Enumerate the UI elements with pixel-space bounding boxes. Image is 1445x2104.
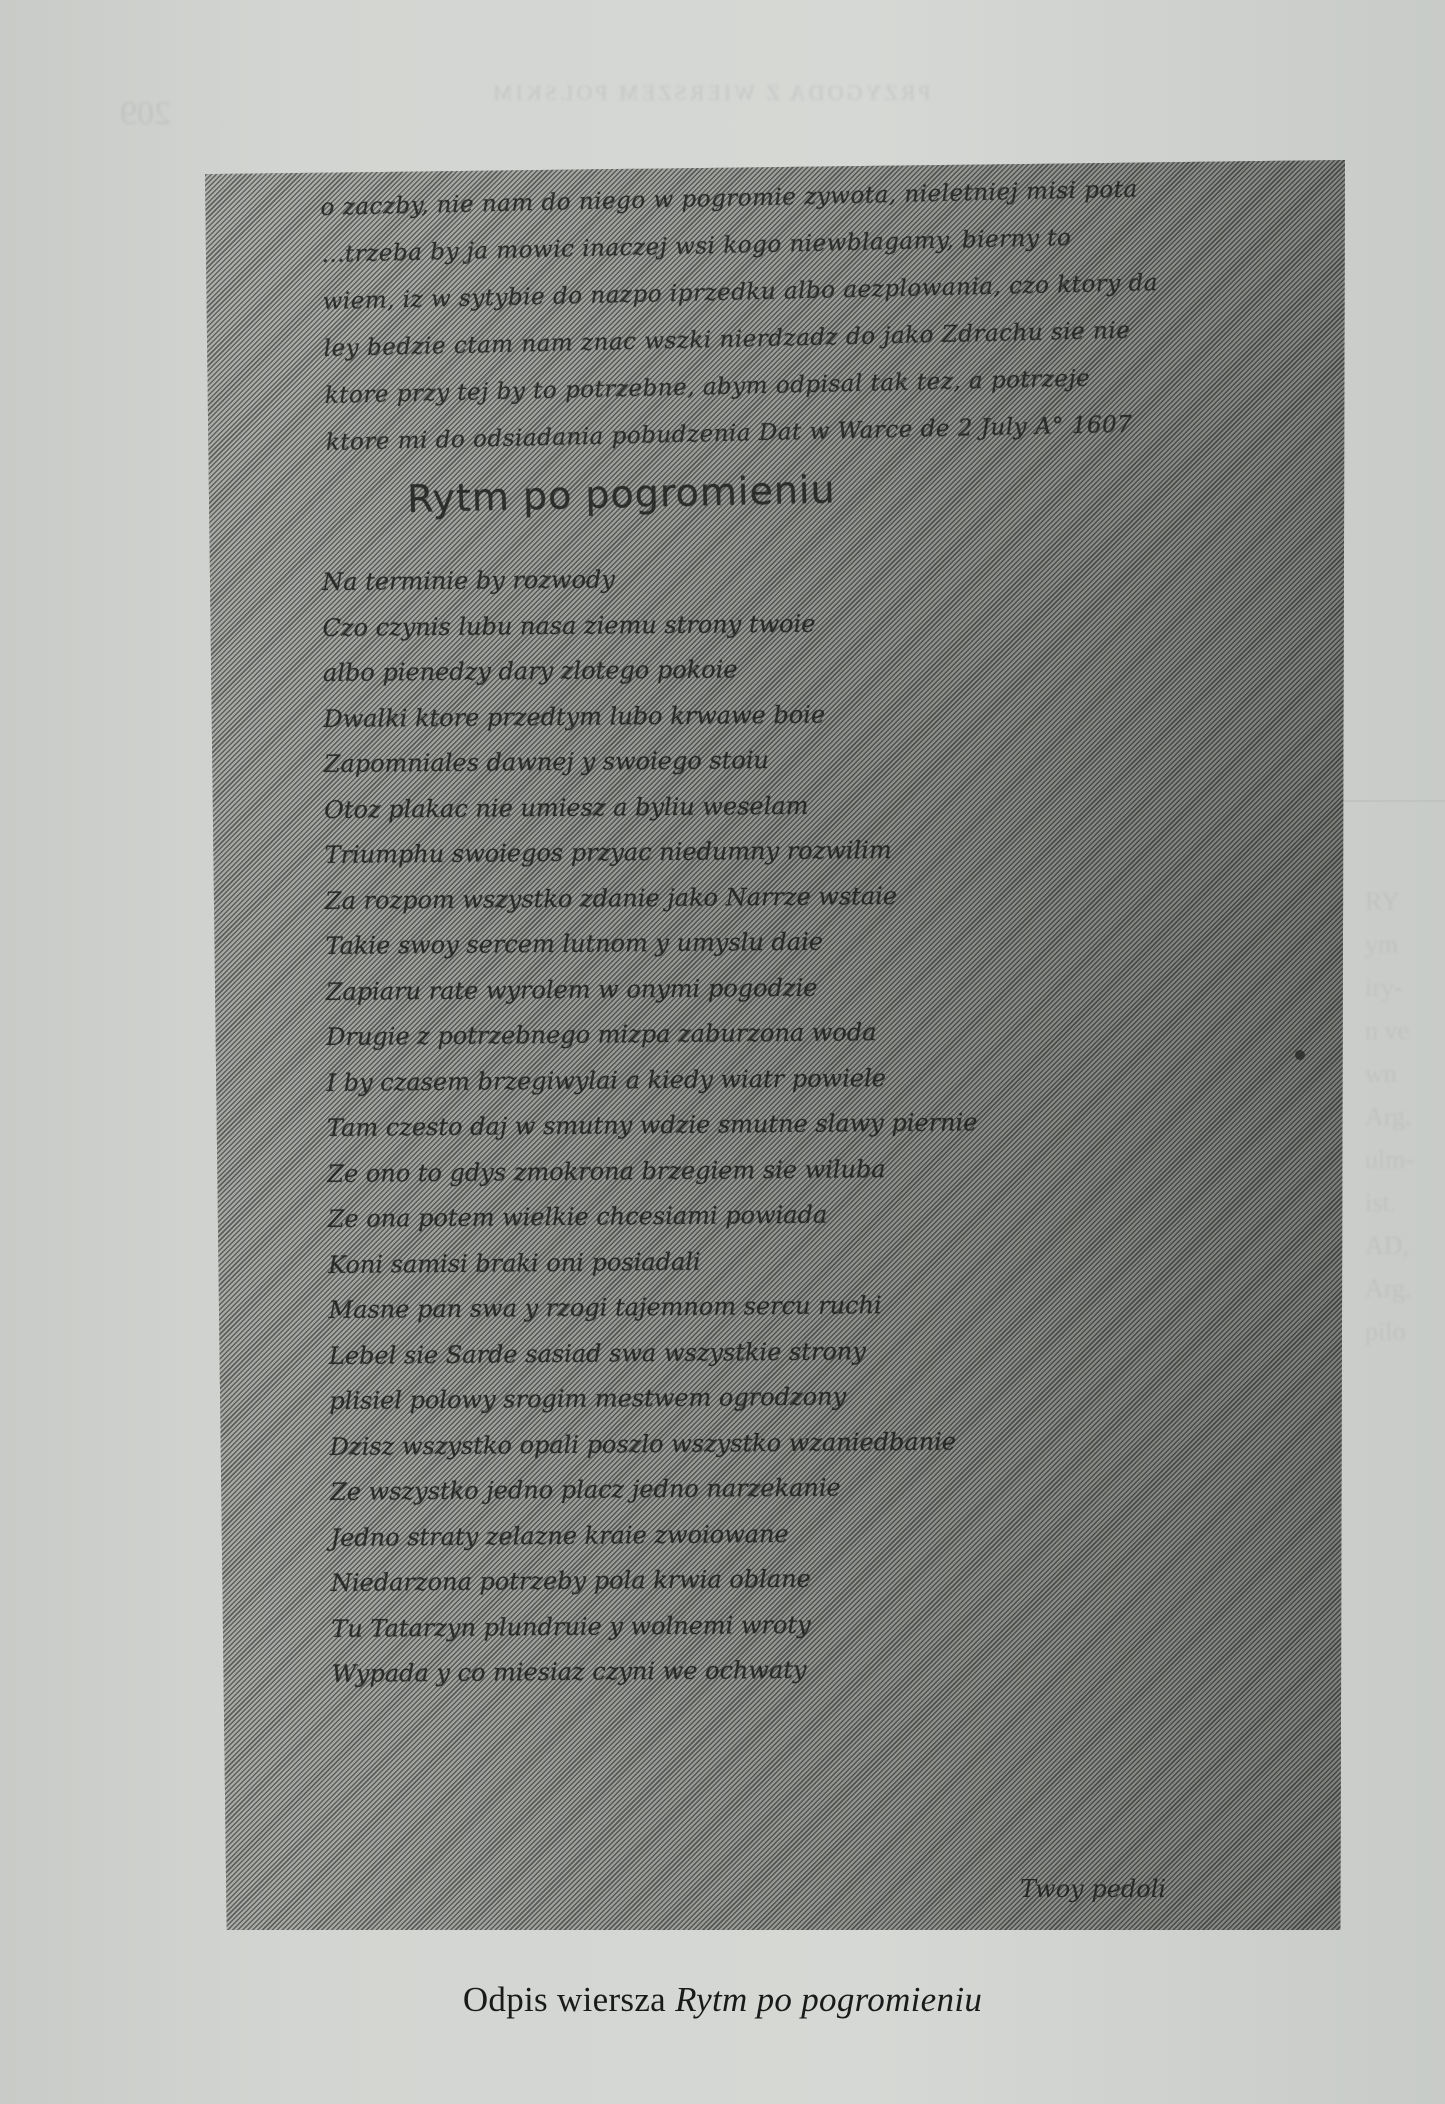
verse-line: Otoz plakac nie umiesz a byliu weselam — [324, 779, 1274, 833]
verse-line: Dzisz wszystko opali poszlo wszystko wza… — [330, 1416, 1280, 1470]
verse-line: Triumphu swoiegos przyac niedumny rozwil… — [324, 825, 1274, 879]
verse-line: Takie swoy sercem lutnom y umyslu daie — [325, 916, 1275, 970]
verse-line: Czo czynis lubu nasa ziemu strony twoie — [322, 597, 1272, 651]
verse-line: Tam czesto daj w smutny wdzie smutne sla… — [327, 1098, 1277, 1152]
verse-line: Na terminie by rozwody — [322, 552, 1272, 606]
caption-poem-title: Rytm po pogromieniu — [675, 1980, 982, 2019]
verse-line: Za rozpom wszystko zdanie jako Narrze ws… — [325, 870, 1275, 924]
verse-line: Niedarzona potrzeby pola krwia oblane — [331, 1553, 1281, 1607]
verse-line: Zapiaru rate wyrolem w onymi pogodzie — [326, 961, 1276, 1015]
letter-prose-block: o zaczby, nie nam do niego w pogromie zy… — [320, 162, 1338, 531]
verse-line: Ze ono to gdys zmokrona brzegiem sie wil… — [327, 1143, 1277, 1197]
bleed-through-running-header: PRZYGODA Z WIERSZEM POLSKIM — [490, 80, 931, 106]
caption-prefix: Odpis wiersza — [463, 1980, 666, 2019]
verse-line: Koni samisi braki oni posiadali — [328, 1234, 1278, 1288]
figure-caption: Odpis wiersza Rytm po pogromieniu — [0, 1980, 1445, 2020]
verse-line: Jedno straty zelazne kraie zwoiowane — [330, 1507, 1280, 1561]
poem-verses: Na terminie by rozwody Czo czynis lubu n… — [322, 552, 1282, 1698]
verse-line: Masne pan swa y rzogi tajemnom sercu ruc… — [328, 1280, 1278, 1334]
facing-page-margin-text: RYymiry-n vewnArg.ulm-ist.AD,Arg.pilo — [1365, 880, 1445, 1353]
verse-line: Zapomniales dawnej y swoiego stoiu — [324, 734, 1274, 788]
verse-line: I by czasem brzegiwylai a kiedy wiatr po… — [326, 1052, 1276, 1106]
verse-line: Lebel sie Sarde sasiad swa wszystkie str… — [329, 1325, 1279, 1379]
verse-line: Ze wszystko jedno placz jedno narzekanie — [330, 1462, 1280, 1516]
manuscript-signature: Twoy pedoli — [1020, 1875, 1166, 1903]
verse-line: Ze ona potem wielkie chcesiami powiada — [328, 1189, 1278, 1243]
ink-smudge — [1295, 1050, 1305, 1060]
verse-line: Drugie z potrzebnego mizpa zaburzona wod… — [326, 1007, 1276, 1061]
verse-line: Wypada y co miesiaz czyni we ochwaty — [332, 1644, 1282, 1698]
bleed-through-page-number: 209 — [120, 95, 171, 133]
verse-line: Dwalki ktore przedtym lubo krwawe boie — [323, 688, 1273, 742]
verse-line: albo pienedzy dary zlotego pokoie — [323, 643, 1273, 697]
verse-line: plisiel polowy srogim mestwem ogrodzony — [329, 1371, 1279, 1425]
verse-line: Tu Tatarzyn plundruie y wolnemi wroty — [331, 1598, 1281, 1652]
